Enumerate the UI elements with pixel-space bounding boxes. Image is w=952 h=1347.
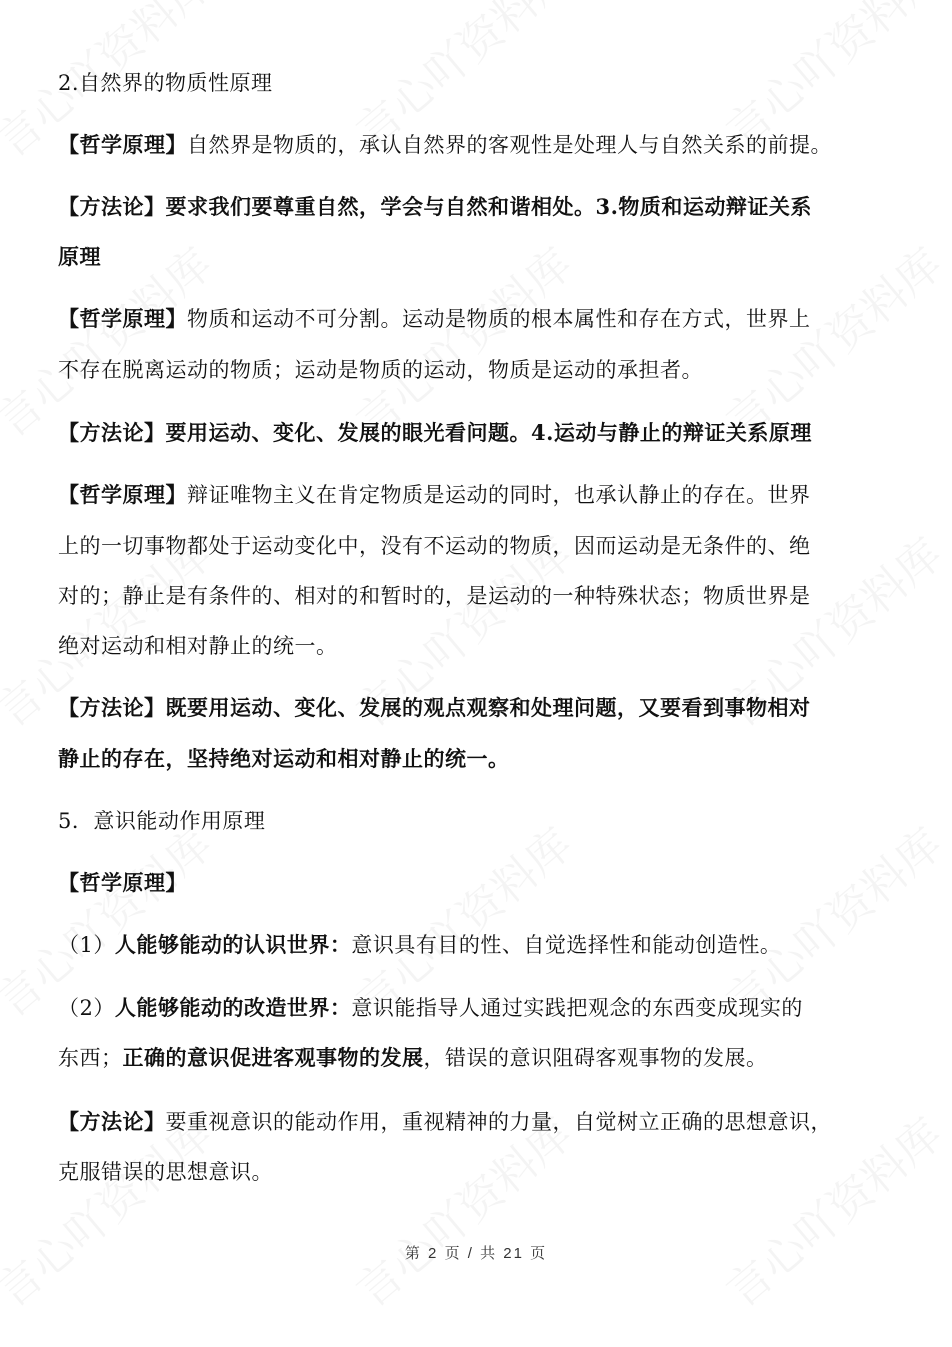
paragraph-line: 绝对运动和相对静止的统一。 [58,631,338,661]
paragraph-text: 既要用运动、变化、发展的观点观察和处理问题，又要看到事物相对 [166,695,811,720]
paragraph-line: 不存在脱离运动的物质；运动是物质的运动，物质是运动的承担者。 [58,355,703,385]
paragraph-text: 辩证唯物主义在肯定物质是运动的同时，也承认静止的存在。世界 [187,483,811,507]
paragraph-line: 【方法论】要重视意识的能动作用，重视精神的力量，自觉树立正确的思想意识， [58,1107,832,1137]
paragraph-line: 【方法论】要用运动、变化、发展的眼光看问题。4.运动与静止的辩证关系原理 [58,418,812,448]
paragraph-text: 要用运动、变化、发展的眼光看问题。4.运动与静止的辩证关系原理 [166,420,812,445]
bold-text: 人能够能动的改造世界： [115,995,352,1020]
watermark: 言心吖资料库 [0,230,223,449]
paragraph-line: 【方法论】要求我们要尊重自然，学会与自然和谐相处。3.物质和运动辩证关系 [58,192,812,222]
paragraph-line: 克服错误的思想意识。 [58,1157,273,1187]
list-prefix: （1） [58,933,115,957]
bold-text: 正确的意识促进客观事物的发展 [123,1045,424,1070]
paragraph-text: 东西； [58,1046,123,1070]
paragraph-line: （1）人能够能动的认识世界：意识具有目的性、自觉选择性和能动创造性。 [58,930,781,960]
paragraph-line: 【方法论】既要用运动、变化、发展的观点观察和处理问题，又要看到事物相对 [58,693,811,723]
paragraph-line: 东西；正确的意识促进客观事物的发展，错误的意识阻碍客观事物的发展。 [58,1043,768,1073]
paragraph-line: （2）人能够能动的改造世界：意识能指导人通过实践把观念的东西变成现实的 [58,993,803,1023]
label-tag: 【哲学原理】 [58,482,187,507]
paragraph-line: 静止的存在，坚持绝对运动和相对静止的统一。 [58,744,510,774]
section-heading: 5．意识能动作用原理 [58,806,265,836]
label-tag: 【方法论】 [58,194,166,219]
label-tag: 【方法论】 [58,1109,166,1134]
paragraph-text: 意识能指导人通过实践把观念的东西变成现实的 [351,996,803,1020]
paragraph-text: 要重视意识的能动作用，重视精神的力量，自觉树立正确的思想意识， [166,1110,833,1134]
label-tag: 【哲学原理】 [58,868,187,898]
label-tag: 【方法论】 [58,420,166,445]
paragraph-text: ，错误的意识阻碍客观事物的发展。 [424,1046,768,1070]
paragraph-line: 上的一切事物都处于运动变化中，没有不运动的物质，因而运动是无条件的、绝 [58,531,811,561]
paragraph-line: 【哲学原理】辩证唯物主义在肯定物质是运动的同时，也承认静止的存在。世界 [58,480,811,510]
label-tag: 【方法论】 [58,695,166,720]
paragraph-line: 【哲学原理】物质和运动不可分割。运动是物质的根本属性和存在方式，世界上 [58,304,811,334]
bold-text: 人能够能动的认识世界： [115,932,352,957]
watermark: 言心吖资料库 [340,230,583,449]
document-page: 言心吖资料库 言心吖资料库 言心吖资料库 言心吖资料库 言心吖资料库 言心吖资料… [0,0,952,1347]
page-number-footer: 第 2 页 / 共 21 页 [0,1242,952,1263]
paragraph-line: 原理 [58,242,101,272]
paragraph-text: 要求我们要尊重自然，学会与自然和谐相处。3.物质和运动辩证关系 [166,194,812,219]
label-tag: 【哲学原理】 [58,132,187,157]
paragraph-text: 自然界是物质的，承认自然界的客观性是处理人与自然关系的前提。 [187,133,832,157]
paragraph-text: 意识具有目的性、自觉选择性和能动创造性。 [351,933,781,957]
watermark: 言心吖资料库 [710,230,952,449]
paragraph-text: 物质和运动不可分割。运动是物质的根本属性和存在方式，世界上 [187,307,811,331]
label-tag: 【哲学原理】 [58,306,187,331]
list-prefix: （2） [58,996,115,1020]
paragraph-line: 【哲学原理】自然界是物质的，承认自然界的客观性是处理人与自然关系的前提。 [58,130,832,160]
paragraph-line: 对的；静止是有条件的、相对的和暂时的，是运动的一种特殊状态；物质世界是 [58,581,811,611]
section-heading: 2.自然界的物质性原理 [58,68,273,98]
